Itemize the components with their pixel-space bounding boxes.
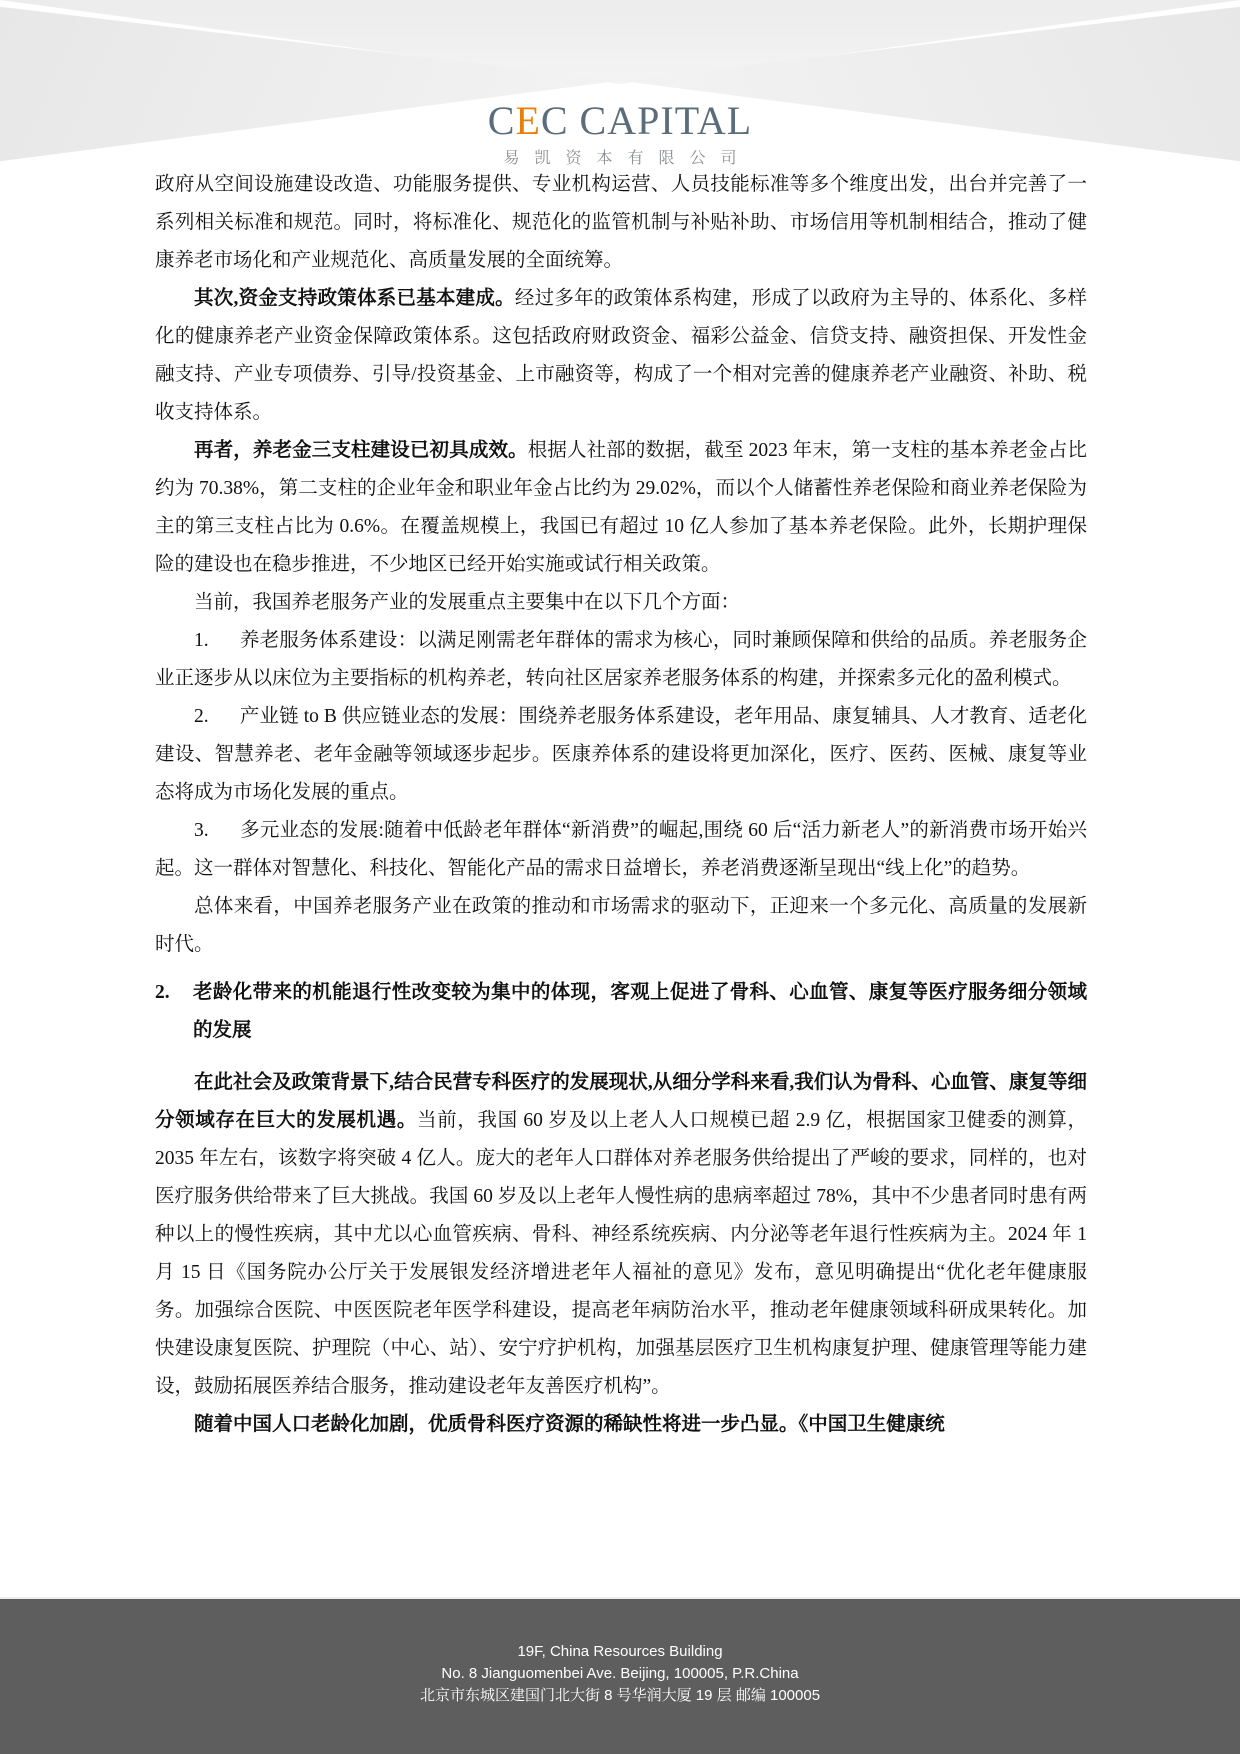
paragraph-lead: 再者，养老金三支柱建设已初具成效。	[194, 440, 528, 461]
paragraph-pension-pillars: 再者，养老金三支柱建设已初具成效。根据人社部的数据，截至 2023 年末，第一支…	[155, 432, 1087, 584]
footer-address-band: 19F, China Resources Building No. 8 Jian…	[0, 1597, 1240, 1754]
list-text: 多元业态的发展:随着中低龄老年群体“新消费”的崛起,围绕 60 后“活力新老人”…	[155, 820, 1087, 879]
list-number: 3.	[194, 820, 209, 841]
logo-letters-rest: C CAPITAL	[541, 98, 752, 143]
section-heading-number: 2.	[155, 974, 193, 1050]
paragraph-specialty-opportunity: 在此社会及政策背景下,结合民营专科医疗的发展现状,从细分学科来看,我们认为骨科、…	[155, 1064, 1087, 1406]
list-text: 养老服务体系建设：以满足刚需老年群体的需求为核心，同时兼顾保障和供给的品质。养老…	[155, 630, 1087, 689]
logo-letter-c1: C	[488, 98, 516, 143]
paragraph-text: 当前，我国 60 岁及以上老人人口规模已超 2.9 亿，根据国家卫健委的测算，2…	[155, 1110, 1087, 1397]
footer-address-line-en-2: No. 8 Jianguomenbei Ave. Beijing, 100005…	[0, 1663, 1240, 1685]
paragraph-overall-summary: 总体来看，中国养老服务产业在政策的推动和市场需求的驱动下，正迎来一个多元化、高质…	[155, 888, 1087, 964]
list-item-3: 3.多元业态的发展:随着中低龄老年群体“新消费”的崛起,围绕 60 后“活力新老…	[155, 812, 1087, 888]
footer-address-line-en-1: 19F, China Resources Building	[0, 1641, 1240, 1663]
document-body: 政府从空间设施建设改造、功能服务提供、专业机构运营、人员技能标准等多个维度出发，…	[155, 166, 1087, 1444]
logo-wordmark: CEC CAPITAL	[0, 100, 1240, 142]
document-page: CEC CAPITAL 易凯资本有限公司 政府从空间设施建设改造、功能服务提供、…	[0, 0, 1240, 1754]
section-heading-text: 老龄化带来的机能退行性改变较为集中的体现，客观上促进了骨科、心血管、康复等医疗服…	[193, 974, 1087, 1050]
company-logo: CEC CAPITAL 易凯资本有限公司	[0, 100, 1240, 168]
section-heading-2: 2. 老龄化带来的机能退行性改变较为集中的体现，客观上促进了骨科、心血管、康复等…	[155, 974, 1087, 1050]
paragraph-lead: 其次,资金支持政策体系已基本建成。	[194, 288, 515, 309]
list-item-1: 1.养老服务体系建设：以满足刚需老年群体的需求为核心，同时兼顾保障和供给的品质。…	[155, 622, 1087, 698]
footer-address-line-cn: 北京市东城区建国门北大街 8 号华润大厦 19 层 邮编 100005	[0, 1685, 1240, 1707]
list-text: 产业链 to B 供应链业态的发展：围绕养老服务体系建设，老年用品、康复辅具、人…	[155, 706, 1087, 803]
paragraph-focus-intro: 当前，我国养老服务产业的发展重点主要集中在以下几个方面：	[155, 584, 1087, 622]
list-item-2: 2.产业链 to B 供应链业态的发展：围绕养老服务体系建设，老年用品、康复辅具…	[155, 698, 1087, 812]
list-number: 1.	[194, 630, 209, 651]
logo-letter-e-orange: E	[515, 98, 540, 143]
paragraph-policy-standards: 政府从空间设施建设改造、功能服务提供、专业机构运营、人员技能标准等多个维度出发，…	[155, 166, 1087, 280]
list-number: 2.	[194, 706, 209, 727]
paragraph-funding-policy: 其次,资金支持政策体系已基本建成。经过多年的政策体系构建，形成了以政府为主导的、…	[155, 280, 1087, 432]
logo-chinese-name: 易凯资本有限公司	[0, 145, 1240, 168]
paragraph-orthopedics-scarcity: 随着中国人口老龄化加剧，优质骨科医疗资源的稀缺性将进一步凸显。《中国卫生健康统	[155, 1406, 1087, 1444]
